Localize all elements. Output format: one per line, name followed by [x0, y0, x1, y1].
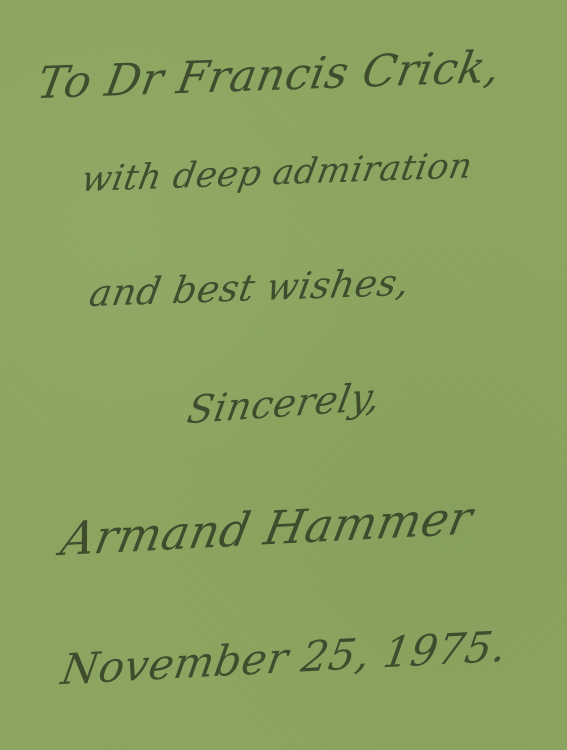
inscription-page: To Dr Francis Crick, with deep admiratio… — [0, 0, 567, 750]
salutation-line: To Dr Francis Crick, — [33, 42, 504, 109]
body-line-admiration: with deep admiration — [78, 146, 475, 200]
signature: Armand Hammer — [57, 490, 477, 566]
closing-line: Sincerely, — [184, 374, 384, 432]
date-line: November 25, 1975. — [58, 621, 510, 694]
body-line-wishes: and best wishes, — [86, 261, 413, 315]
